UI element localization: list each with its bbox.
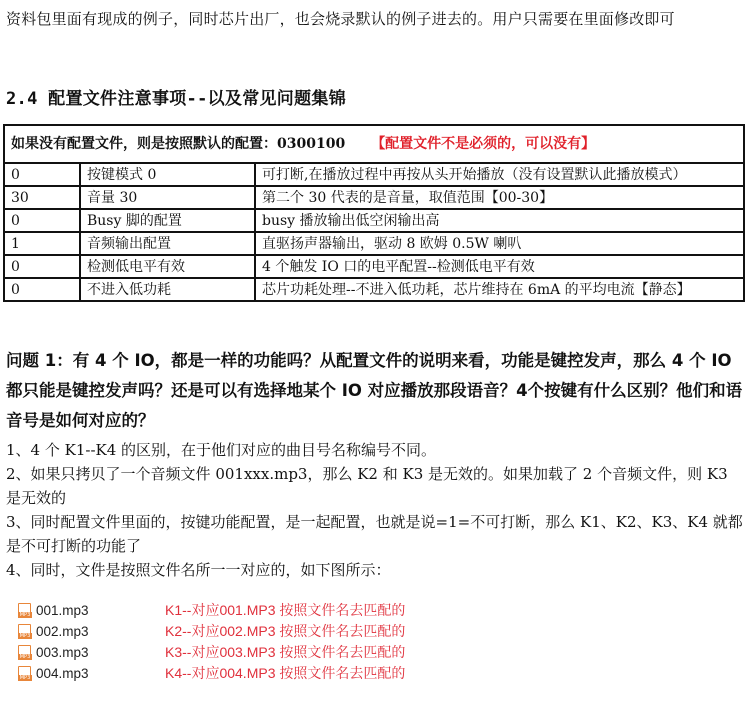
file-item[interactable]: MP3 003.mp3 (18, 642, 89, 663)
key-file-mapping: K1--对应001.MP3 按照文件名去匹配的 K2--对应002.MP3 按照… (165, 600, 405, 684)
config-description: 芯片功耗处理--不进入低功耗，芯片维持在 6mA 的平均电流【静态】 (255, 278, 744, 301)
mapping-item: K2--对应002.MP3 按照文件名去匹配的 (165, 621, 405, 642)
config-name: 不进入低功耗 (80, 278, 255, 301)
answer-item: 3、同时配置文件里面的，按键功能配置，是一起配置，也就是说=1=不可打断，那么 … (6, 510, 746, 558)
answer-list: 1、4 个 K1--K4 的区别，在于他们对应的曲目号名称编号不同。 2、如果只… (6, 438, 746, 582)
config-value: 0 (4, 255, 80, 278)
question-heading: 问题 1：有 4 个 IO，都是一样的功能吗？从配置文件的说明来看，功能是键控发… (6, 346, 746, 436)
file-name: 002.mp3 (36, 624, 89, 639)
file-list: MP3 001.mp3 MP3 002.mp3 MP3 003.mp3 MP3 … (18, 600, 89, 684)
config-name: 按键模式 0 (80, 163, 255, 186)
config-description: 直驱扬声器输出，驱动 8 欧姆 0.5W 喇叭 (255, 232, 744, 255)
config-table-header-row: 如果没有配置文件，则是按照默认的配置：0300100【配置文件不是必须的，可以没… (4, 125, 744, 163)
config-optional-note: 【配置文件不是必须的，可以没有】 (371, 136, 595, 152)
mapping-item: K3--对应003.MP3 按照文件名去匹配的 (165, 642, 405, 663)
file-name: 003.mp3 (36, 645, 89, 660)
file-item[interactable]: MP3 002.mp3 (18, 621, 89, 642)
config-value: 0 (4, 278, 80, 301)
mp3-file-icon: MP3 (18, 666, 32, 682)
default-config-text: 如果没有配置文件，则是按照默认的配置：0300100 (11, 136, 345, 152)
file-name: 001.mp3 (36, 603, 89, 618)
table-row: 0 按键模式 0 可打断,在播放过程中再按从头开始播放（没有设置默认此播放模式） (4, 163, 744, 186)
mp3-file-icon: MP3 (18, 624, 32, 640)
config-name: 音量 30 (80, 186, 255, 209)
mp3-file-icon: MP3 (18, 645, 32, 661)
config-value: 0 (4, 209, 80, 232)
file-item[interactable]: MP3 001.mp3 (18, 600, 89, 621)
table-row: 0 检测低电平有效 4 个触发 IO 口的电平配置--检测低电平有效 (4, 255, 744, 278)
config-description: 可打断,在播放过程中再按从头开始播放（没有设置默认此播放模式） (255, 163, 744, 186)
table-row: 1 音频输出配置 直驱扬声器输出，驱动 8 欧姆 0.5W 喇叭 (4, 232, 744, 255)
table-row: 0 不进入低功耗 芯片功耗处理--不进入低功耗，芯片维持在 6mA 的平均电流【… (4, 278, 744, 301)
answer-item: 2、如果只拷贝了一个音频文件 001xxx.mp3，那么 K2 和 K3 是无效… (6, 462, 746, 510)
table-row: 30 音量 30 第二个 30 代表的是音量，取值范围【00-30】 (4, 186, 744, 209)
section-heading: 2.4 配置文件注意事项--以及常见问题集锦 (6, 84, 346, 109)
config-value: 1 (4, 232, 80, 255)
config-description: busy 播放输出低空闲输出高 (255, 209, 744, 232)
config-name: Busy 脚的配置 (80, 209, 255, 232)
mapping-item: K1--对应001.MP3 按照文件名去匹配的 (165, 600, 405, 621)
answer-item: 1、4 个 K1--K4 的区别，在于他们对应的曲目号名称编号不同。 (6, 438, 746, 462)
config-name: 检测低电平有效 (80, 255, 255, 278)
config-name: 音频输出配置 (80, 232, 255, 255)
file-name: 004.mp3 (36, 666, 89, 681)
config-table-header: 如果没有配置文件，则是按照默认的配置：0300100【配置文件不是必须的，可以没… (4, 125, 744, 163)
config-value: 30 (4, 186, 80, 209)
file-item[interactable]: MP3 004.mp3 (18, 663, 89, 684)
config-value: 0 (4, 163, 80, 186)
config-table: 如果没有配置文件，则是按照默认的配置：0300100【配置文件不是必须的，可以没… (3, 124, 745, 302)
table-row: 0 Busy 脚的配置 busy 播放输出低空闲输出高 (4, 209, 744, 232)
answer-item: 4、同时，文件是按照文件名所一一对应的，如下图所示： (6, 558, 746, 582)
config-description: 4 个触发 IO 口的电平配置--检测低电平有效 (255, 255, 744, 278)
mp3-file-icon: MP3 (18, 603, 32, 619)
intro-paragraph: 资料包里面有现成的例子，同时芯片出厂，也会烧录默认的例子进去的。用户只需要在里面… (6, 8, 675, 29)
mapping-item: K4--对应004.MP3 按照文件名去匹配的 (165, 663, 405, 684)
config-description: 第二个 30 代表的是音量，取值范围【00-30】 (255, 186, 744, 209)
